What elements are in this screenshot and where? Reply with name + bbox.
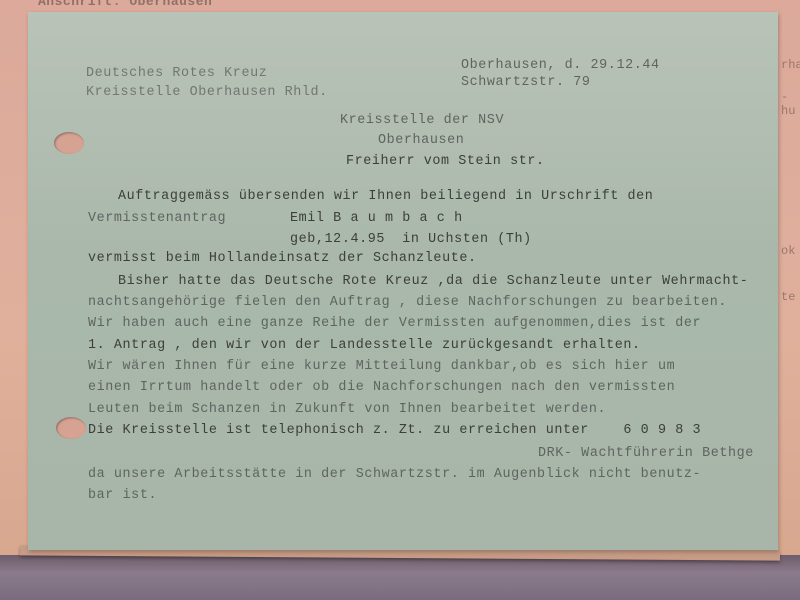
- body-line: Auftraggemäss übersenden wir Ihnen beili…: [118, 189, 653, 204]
- sender-street: Schwartzstr. 79: [461, 75, 591, 90]
- body-line: vermisst beim Hollandeinsatz der Schanzl…: [88, 251, 477, 266]
- body-line: da unsere Arbeitsstätte in der Schwartzs…: [88, 467, 701, 482]
- underlying-sheet-fragment: te: [781, 290, 795, 304]
- underlying-sheet-fragment: -hu: [781, 90, 800, 118]
- body-line: Leuten beim Schanzen in Zukunft von Ihne…: [88, 402, 606, 417]
- sender-line-1: Deutsches Rotes Kreuz: [86, 66, 267, 81]
- body-line: Bisher hatte das Deutsche Rote Kreuz ,da…: [118, 274, 748, 289]
- recipient-line-2: Oberhausen: [378, 133, 464, 148]
- body-line: Wir wären Ihnen für eine kurze Mitteilun…: [88, 359, 675, 374]
- body-line: Wir haben auch eine ganze Reihe der Verm…: [88, 316, 701, 331]
- recipient-line-1: Kreisstelle der NSV: [340, 113, 504, 128]
- body-line: bar ist.: [88, 488, 157, 503]
- signature-line: DRK- Wachtführerin Bethge: [538, 446, 754, 461]
- body-line: nachtsangehörige fielen den Auftrag , di…: [88, 295, 727, 310]
- desk-surface: [0, 555, 800, 600]
- underlying-sheet-fragment: rha: [781, 58, 800, 72]
- recipient-line-3: Freiherr vom Stein str.: [346, 154, 545, 169]
- body-line: Vermisstenantrag: [88, 211, 226, 226]
- sender-line-2: Kreisstelle Oberhausen Rhld.: [86, 85, 328, 100]
- typed-letter: Deutsches Rotes Kreuz Kreisstelle Oberha…: [28, 12, 778, 550]
- missing-person-name: Emil B a u m b a c h: [290, 211, 463, 226]
- body-line: 1. Antrag , den wir von der Landesstelle…: [88, 338, 641, 353]
- phone-line: Die Kreisstelle ist telephonisch z. Zt. …: [88, 423, 701, 438]
- body-line: einen Irrtum handelt oder ob die Nachfor…: [88, 380, 675, 395]
- underlying-sheet-fragment: ok: [781, 244, 795, 258]
- birth-info: geb,12.4.95 in Uchsten (Th): [290, 232, 532, 247]
- underlying-sheet-header: Anschrift: Oberhausen: [38, 0, 212, 9]
- punch-hole: [56, 417, 86, 439]
- place-date: Oberhausen, d. 29.12.44: [461, 58, 660, 73]
- punch-hole: [54, 132, 84, 154]
